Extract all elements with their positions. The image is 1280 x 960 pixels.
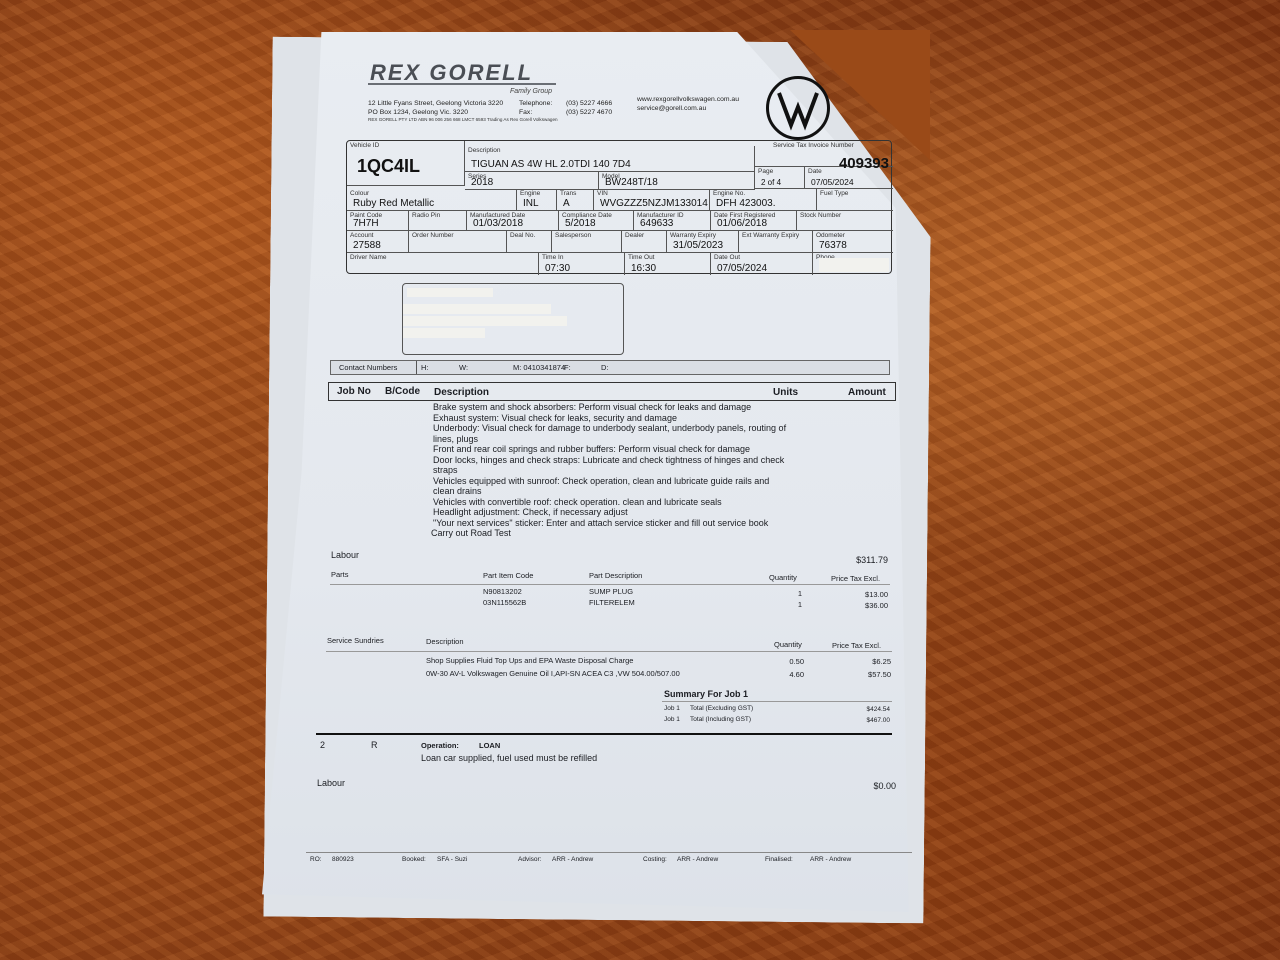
time-in-cell: Time In 07:30	[539, 253, 625, 275]
contact-numbers-bar: Contact Numbers H: W: M: 0410341874 F: D…	[330, 360, 890, 375]
colour-cell: Colour Ruby Red Metallic	[347, 189, 517, 211]
date-cell: Date 07/05/2024	[805, 167, 893, 189]
part-price: $36.00	[830, 601, 888, 610]
parts-header-description: Part Description	[589, 571, 642, 580]
sundry-description: 0W-30 AV-L Volkswagen Genuine Oil I,API-…	[426, 669, 680, 678]
time-out-value: 16:30	[631, 263, 656, 274]
time-in-value: 07:30	[545, 263, 570, 274]
header-bcode: B/Code	[385, 386, 420, 397]
deal-no-label: Deal No.	[510, 232, 535, 239]
model-value: BW248T/18	[605, 177, 658, 188]
date-label: Date	[808, 168, 822, 175]
summary-job: Job 1	[664, 716, 680, 723]
sundry-quantity: 4.60	[780, 670, 804, 679]
part-description: FILTERELEM	[589, 598, 635, 607]
dealer-address: 12 Little Fyans Street, Geelong Victoria…	[368, 100, 503, 117]
job1-line: Headlight adjustment: Check, if necessar…	[433, 507, 833, 518]
part-price: $13.00	[830, 590, 888, 599]
engine-no-cell: Engine No. DFH 423003.	[710, 189, 817, 211]
page-label: Page	[758, 168, 773, 175]
sundry-price: $57.50	[835, 670, 891, 679]
warranty-expiry-value: 31/05/2023	[673, 240, 723, 251]
customer-address-box	[402, 283, 624, 355]
summary-label: Total (Excluding GST)	[690, 705, 753, 712]
sundry-price: $6.25	[835, 657, 891, 666]
phone-cell: Phone	[813, 253, 893, 275]
part-code: N90813202	[483, 587, 522, 596]
date-first-registered-value: 01/06/2018	[717, 218, 767, 229]
odometer-label: Odometer	[816, 232, 845, 239]
address-line-2: PO Box 1234, Geelong Vic. 3220	[368, 109, 503, 118]
finalised-label: Finalised:	[765, 856, 793, 863]
salesperson-cell: Salesperson	[552, 231, 622, 253]
service-invoice: REX GORELL Family Group 12 Little Fyans …	[0, 0, 1280, 960]
engine-value: INL	[523, 198, 539, 209]
page-cell: Page 2 of 4	[755, 167, 805, 189]
redacted-country	[403, 328, 485, 338]
advisor-label: Advisor:	[518, 856, 541, 863]
dealer-cell: Dealer	[622, 231, 667, 253]
colour-value: Ruby Red Metallic	[353, 198, 434, 209]
stock-number-label: Stock Number	[800, 212, 841, 219]
fuel-type-label: Fuel Type	[820, 190, 848, 197]
job1-line: Door locks, hinges and check straps: Lub…	[433, 455, 833, 466]
contact-numbers-label: Contact Numbers	[339, 363, 397, 372]
telephone-number: (03) 5227 4666	[566, 100, 612, 109]
work-phone-label: W:	[459, 363, 468, 372]
contact-divider	[416, 361, 417, 374]
compliance-date-value: 5/2018	[565, 218, 596, 229]
booked-label: Booked:	[402, 856, 426, 863]
radio-pin-cell: Radio Pin	[409, 211, 467, 231]
page-value: 2 of 4	[761, 178, 781, 187]
manufacturer-id-cell: Manufacturer ID 649633	[634, 211, 711, 231]
summary-job: Job 1	[664, 705, 680, 712]
ro-label: RO:	[310, 856, 322, 863]
engine-cell: Engine INL	[517, 189, 557, 211]
summary-amount: $424.54	[830, 706, 890, 713]
account-label: Account	[350, 232, 374, 239]
account-value: 27588	[353, 240, 381, 251]
parts-label: Parts	[331, 570, 349, 579]
warranty-expiry-cell: Warranty Expiry 31/05/2023	[667, 231, 739, 253]
date-value: 07/05/2024	[811, 177, 854, 187]
home-phone-label: H:	[421, 363, 429, 372]
paint-code-value: 7H7H	[353, 218, 379, 229]
d-phone-label: D:	[601, 363, 609, 372]
fax-phone-label: F:	[564, 363, 571, 372]
job-separator	[316, 733, 892, 735]
phone-values: (03) 5227 4666 (03) 5227 4670	[566, 100, 612, 117]
part-quantity: 1	[790, 589, 802, 598]
parts-divider	[330, 584, 890, 585]
summary-label: Total (Including GST)	[690, 716, 751, 723]
address-line-1: 12 Little Fyans Street, Geelong Victoria…	[368, 100, 503, 109]
web-contact: www.rexgorellvolkswagen.com.au service@g…	[637, 96, 739, 113]
header-job-no: Job No	[337, 386, 371, 397]
colour-label: Colour	[350, 190, 369, 197]
job1-line: Front and rear coil springs and rubber b…	[433, 444, 833, 455]
series-value: 2018	[471, 177, 493, 188]
sundry-description: Shop Supplies Fluid Top Ups and EPA Wast…	[426, 656, 633, 665]
description-cell: Description TIGUAN AS 4W HL 2.0TDI 140 7…	[465, 146, 755, 172]
phone-labels: Telephone: Fax:	[519, 100, 552, 117]
driver-name-cell: Driver Name	[347, 253, 539, 275]
series-cell: Series 2018	[465, 172, 599, 190]
job1-description: Brake system and shock absorbers: Perfor…	[433, 402, 833, 539]
brand-subtitle: Family Group	[510, 88, 552, 95]
website-link[interactable]: www.rexgorellvolkswagen.com.au	[637, 96, 739, 105]
telephone-label: Telephone:	[519, 100, 552, 109]
vehicle-id-value: 1QC4IL	[357, 156, 420, 177]
job1-line: Brake system and shock absorbers: Perfor…	[433, 402, 833, 413]
job2-labour-amount: $0.00	[800, 781, 896, 792]
legal-line: REX GORELL PTY LTD ABN 96 006 256 668 LM…	[368, 117, 558, 122]
redacted-phone	[819, 258, 889, 272]
sundry-quantity: 0.50	[780, 657, 804, 666]
job2-description: Loan car supplied, fuel used must be ref…	[421, 753, 597, 764]
job2-operation-value: LOAN	[479, 741, 500, 750]
salesperson-label: Salesperson	[555, 232, 591, 239]
labour-amount: $311.79	[800, 555, 888, 566]
engine-no-label: Engine No.	[713, 190, 745, 197]
redacted-street	[403, 304, 551, 314]
mobile-phone: M: 0410341874	[513, 363, 565, 372]
time-in-label: Time In	[542, 254, 563, 261]
vin-value: WVGZZZ5NZJM133014	[600, 198, 708, 209]
date-out-label: Date Out	[714, 254, 740, 261]
footer-divider	[306, 852, 912, 853]
compliance-date-cell: Compliance Date 5/2018	[559, 211, 634, 231]
order-number-cell: Order Number	[409, 231, 507, 253]
booked-value: SFA - Suzi	[437, 856, 467, 863]
vehicle-id-label: Vehicle ID	[350, 142, 379, 149]
header-description: Description	[434, 387, 489, 398]
logo-underline	[368, 83, 556, 85]
radio-pin-label: Radio Pin	[412, 212, 440, 219]
job1-line: Vehicles with convertible roof: check op…	[433, 497, 833, 508]
fuel-type-cell: Fuel Type	[817, 189, 893, 211]
redacted-suburb	[403, 316, 567, 326]
sundries-header-quantity: Quantity	[774, 640, 802, 649]
sundries-header-description: Description	[426, 637, 464, 646]
ro-value: 880923	[332, 856, 354, 863]
finalised-value: ARR - Andrew	[810, 856, 851, 863]
fax-label: Fax:	[519, 109, 552, 118]
summary-title: Summary For Job 1	[664, 689, 748, 699]
sundries-label: Service Sundries	[327, 636, 384, 645]
account-cell: Account 27588	[347, 231, 409, 253]
header-units: Units	[773, 387, 798, 398]
summary-amount: $467.00	[830, 717, 890, 724]
jobs-table-header: Job No B/Code Description Units Amount	[328, 382, 896, 401]
driver-name-label: Driver Name	[350, 254, 386, 261]
manufacturer-id-value: 649633	[640, 218, 673, 229]
odometer-value: 76378	[819, 240, 847, 251]
deal-no-cell: Deal No.	[507, 231, 552, 253]
labour-label: Labour	[331, 550, 359, 561]
time-out-label: Time Out	[628, 254, 655, 261]
summary-divider	[662, 701, 892, 702]
description-label: Description	[468, 147, 501, 154]
parts-header-code: Part Item Code	[483, 571, 533, 580]
ext-warranty-cell: Ext Warranty Expiry	[739, 231, 813, 253]
warranty-expiry-label: Warranty Expiry	[670, 232, 716, 239]
header-amount: Amount	[848, 387, 886, 398]
part-description: SUMP PLUG	[589, 587, 633, 596]
vehicle-id-cell: Vehicle ID 1QC4IL	[347, 141, 465, 186]
job2-labour-label: Labour	[317, 778, 345, 789]
job1-line: straps	[433, 465, 833, 476]
odometer-cell: Odometer 76378	[813, 231, 893, 253]
trans-value: A	[563, 198, 570, 209]
parts-header-quantity: Quantity	[769, 573, 797, 582]
model-cell: Model BW248T/18	[599, 172, 755, 190]
sundries-divider	[326, 651, 892, 652]
manufactured-date-cell: Manufactured Date 01/03/2018	[467, 211, 559, 231]
part-code: 03N115562B	[483, 598, 526, 607]
advisor-value: ARR - Andrew	[552, 856, 593, 863]
costing-label: Costing:	[643, 856, 667, 863]
trans-label: Trans	[560, 190, 576, 197]
job2-number: 2	[320, 740, 325, 751]
email-link[interactable]: service@gorell.com.au	[637, 105, 739, 114]
job2-bcode: R	[371, 740, 378, 751]
engine-label: Engine	[520, 190, 540, 197]
time-out-cell: Time Out 16:30	[625, 253, 711, 275]
job1-line: lines, plugs	[433, 434, 833, 445]
job1-line: Carry out Road Test	[431, 528, 833, 539]
costing-value: ARR - Andrew	[677, 856, 718, 863]
parts-header-price: Price Tax Excl.	[831, 574, 880, 583]
job1-line: "Your next services" sticker: Enter and …	[433, 518, 833, 529]
fax-number: (03) 5227 4670	[566, 109, 612, 118]
stock-number-cell: Stock Number	[797, 211, 893, 231]
footer-bar: RO: 880923 Booked: SFA - Suzi Advisor: A…	[310, 856, 910, 866]
vehicle-info-grid: Vehicle ID 1QC4IL Description TIGUAN AS …	[346, 140, 892, 274]
invoice-number-cell: Service Tax Invoice Number 409393	[755, 141, 893, 167]
vin-label: VIN	[597, 190, 608, 197]
dealer-label: Dealer	[625, 232, 644, 239]
paint-code-cell: Paint Code 7H7H	[347, 211, 409, 231]
job2-operation-label: Operation:	[421, 741, 459, 750]
job1-line: clean drains	[433, 486, 833, 497]
job1-line: Exhaust system: Visual check for leaks, …	[433, 413, 833, 424]
vw-logo-icon	[766, 76, 830, 140]
job1-line: Vehicles equipped with sunroof: Check op…	[433, 476, 833, 487]
trans-cell: Trans A	[557, 189, 594, 211]
job1-line: Underbody: Visual check for damage to un…	[433, 423, 833, 434]
invoice-number-label: Service Tax Invoice Number	[773, 142, 854, 149]
date-first-registered-cell: Date First Registered 01/06/2018	[711, 211, 797, 231]
part-quantity: 1	[790, 600, 802, 609]
date-out-value: 07/05/2024	[717, 263, 767, 274]
vin-cell: VIN WVGZZZ5NZJM133014	[594, 189, 710, 211]
date-out-cell: Date Out 07/05/2024	[711, 253, 813, 275]
order-number-label: Order Number	[412, 232, 454, 239]
ext-warranty-label: Ext Warranty Expiry	[742, 232, 799, 239]
description-value: TIGUAN AS 4W HL 2.0TDI 140 7D4	[471, 159, 631, 170]
sundries-header-price: Price Tax Excl.	[832, 641, 881, 650]
manufactured-date-value: 01/03/2018	[473, 218, 523, 229]
engine-no-value: DFH 423003.	[716, 198, 775, 209]
redacted-name	[407, 288, 493, 297]
